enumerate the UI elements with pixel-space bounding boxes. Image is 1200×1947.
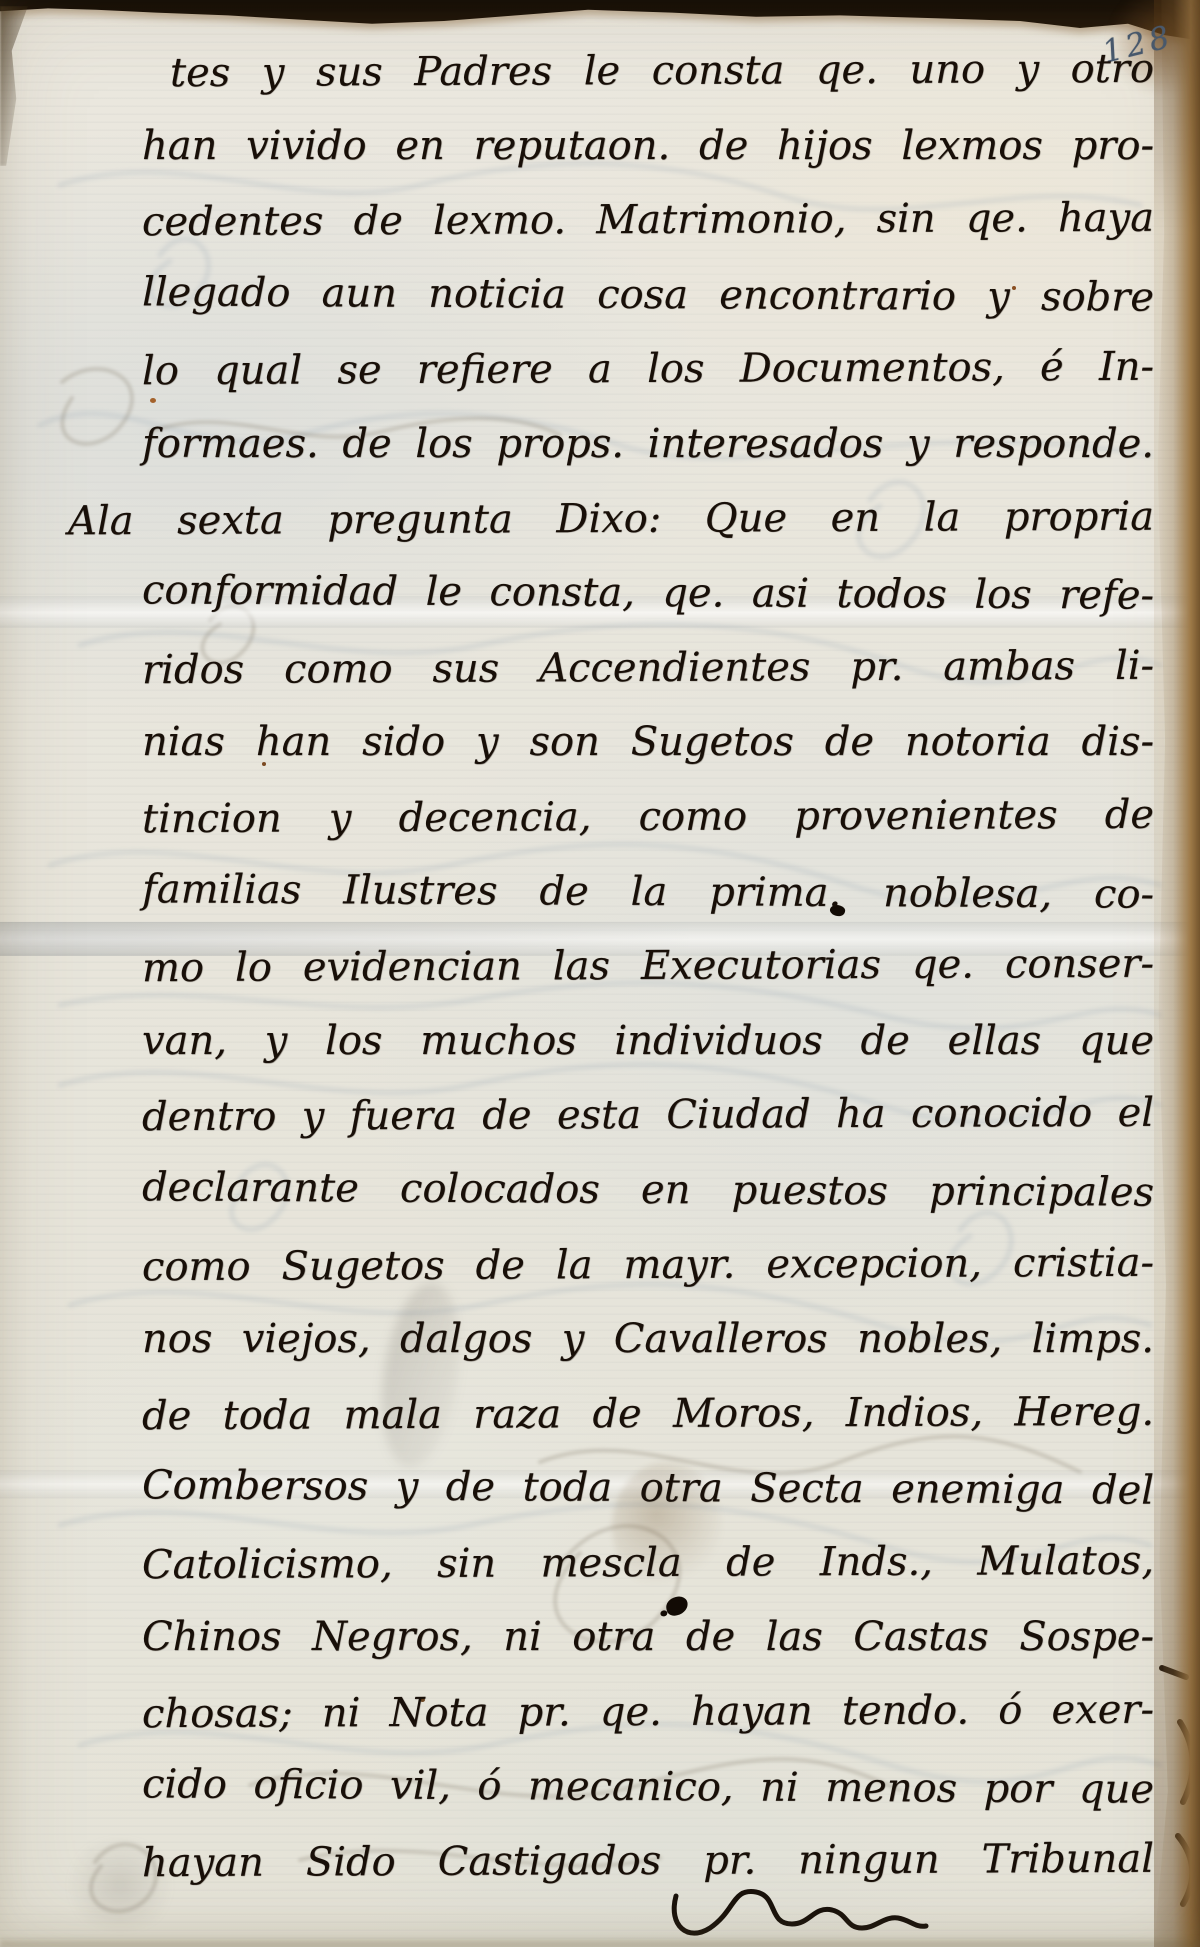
manuscript-line: han vivido en reputaon. de hijos lexmos …	[142, 109, 1154, 184]
torn-right-edge	[1154, 0, 1200, 1947]
manuscript-text: tes y sus Padres le consta qe. uno y otr…	[142, 34, 1154, 1899]
manuscript-line: lo qual se refiere a los Documentos, é I…	[142, 330, 1154, 409]
manuscript-line: ridos como sus Accendientes pr. ambas li…	[142, 629, 1154, 708]
manuscript-line: llegado aun noticia cosa encontrario y s…	[142, 255, 1154, 335]
manuscript-line: van, y los muchos individuos de ellas qu…	[142, 1004, 1154, 1079]
manuscript-line: Ala sexta pregunta Dixo: Que en la propr…	[68, 479, 1154, 558]
page-corner-shadow	[0, 6, 28, 166]
manuscript-page: 128 tes y sus Padres le consta qe. uno y…	[0, 0, 1200, 1947]
manuscript-line: tes y sus Padres le consta qe. uno y otr…	[170, 32, 1154, 111]
manuscript-line: formaes. de los props. interesados y res…	[142, 407, 1154, 482]
manuscript-line: cido oficio vil, ó mecanico, ni menos po…	[142, 1747, 1154, 1827]
manuscript-line: familias Ilustres de la prima. noblesa, …	[142, 852, 1154, 932]
manuscript-line: tincion y decencia, como provenientes de	[142, 778, 1154, 857]
manuscript-line: chosas; ni Nota pr. qe. hayan tendo. ó e…	[142, 1673, 1154, 1752]
manuscript-line: Catolicismo, sin mescla de Inds., Mulato…	[142, 1524, 1154, 1603]
manuscript-line: nias han sido y son Sugetos de notoria d…	[142, 705, 1154, 780]
manuscript-line: Combersos y de toda otra Secta enemiga d…	[142, 1449, 1154, 1529]
manuscript-line: conformidad le consta, qe. asi todos los…	[142, 554, 1154, 634]
bottom-edge-shadow	[0, 1937, 1200, 1947]
manuscript-line: como Sugetos de la mayr. excepcion, cris…	[142, 1225, 1154, 1304]
manuscript-line: declarante colocados en puestos principa…	[142, 1150, 1154, 1230]
manuscript-line: dentro y fuera de esta Ciudad ha conocid…	[142, 1076, 1154, 1155]
manuscript-line: Chinos Negros, ni otra de las Castas Sos…	[142, 1600, 1154, 1675]
manuscript-line: cedentes de lexmo. Matrimonio, sin qe. h…	[142, 181, 1154, 260]
manuscript-line: hayan Sido Castigados pr. ningun Tribuna…	[142, 1822, 1154, 1901]
ink-fragment	[1162, 1668, 1193, 1904]
manuscript-line: de toda mala raza de Moros, Indios, Here…	[142, 1374, 1154, 1453]
torn-right-edge-shade	[1154, 0, 1200, 1947]
manuscript-line: mo lo evidencian las Executorias qe. con…	[142, 927, 1154, 1006]
manuscript-line: nos viejos, dalgos y Cavalleros nobles, …	[142, 1302, 1154, 1377]
